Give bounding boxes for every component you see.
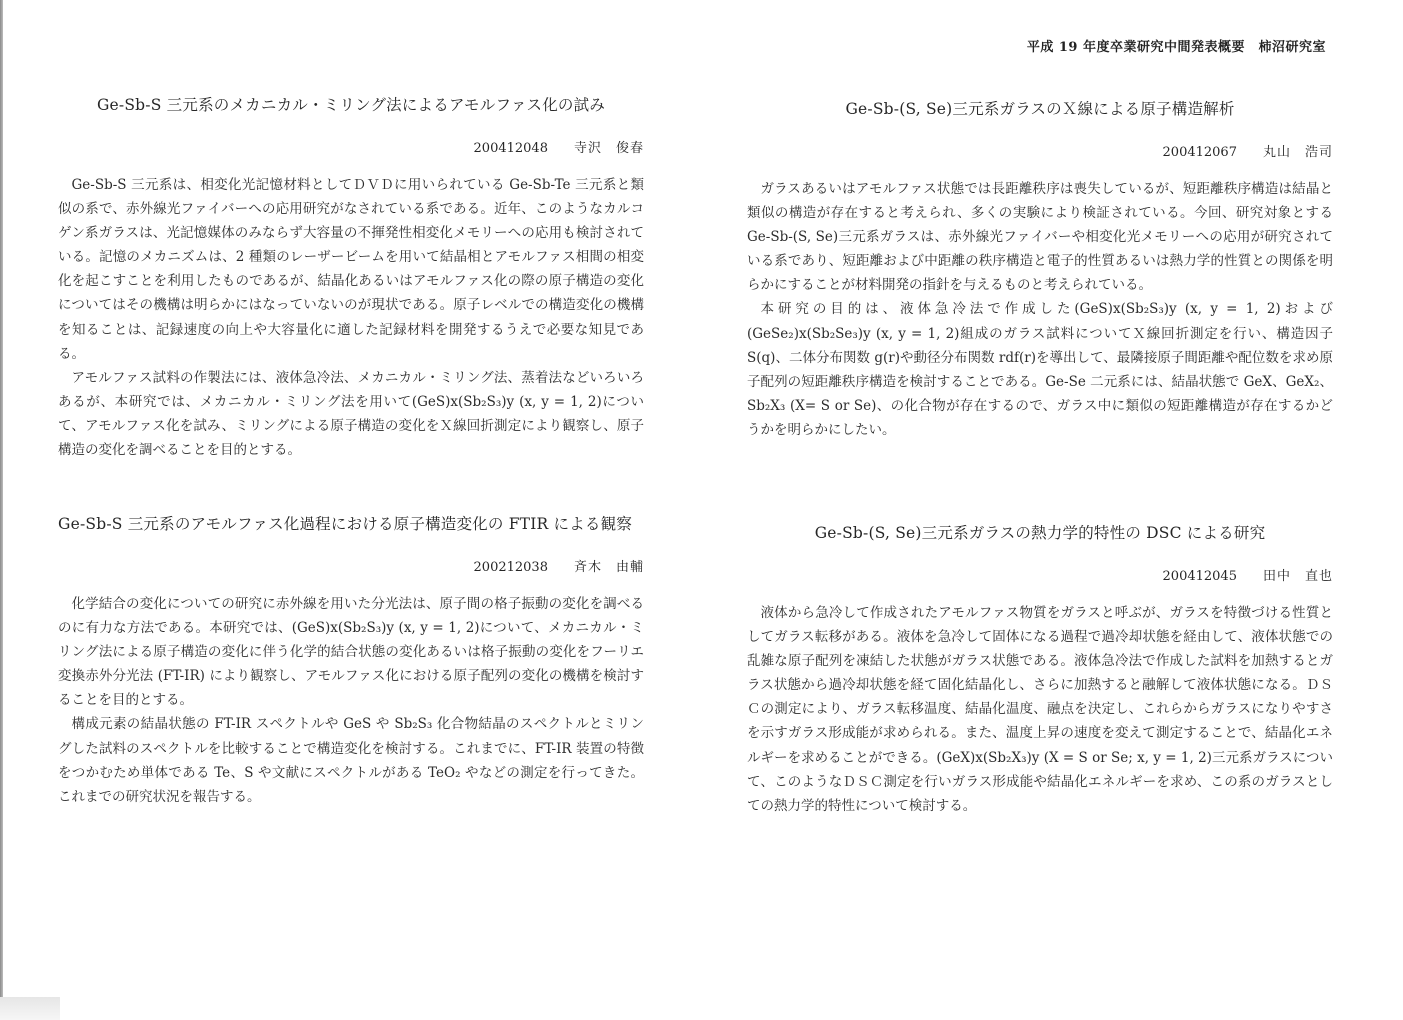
- paragraph: 液体から急冷して作成されたアモルファス物質をガラスと呼ぶが、ガラスを特徴づける性…: [747, 601, 1333, 818]
- student-id: 200412045: [1163, 569, 1237, 584]
- article-ftir: Ge-Sb-S 三元系のアモルファス化過程における原子構造変化の FTIR によ…: [58, 512, 644, 809]
- student-id: 200212038: [474, 560, 548, 575]
- article-body: 液体から急冷して作成されたアモルファス物質をガラスと呼ぶが、ガラスを特徴づける性…: [747, 601, 1333, 818]
- student-id: 200412067: [1163, 145, 1237, 160]
- article-title: Ge-Sb-S 三元系のメカニカル・ミリング法によるアモルファス化の試み: [58, 93, 644, 115]
- scan-edge-bottom: [0, 997, 60, 1020]
- paragraph: Ge-Sb-S 三元系は、相変化光記憶材料としてＤＶＤに用いられている Ge-S…: [58, 173, 644, 366]
- student-id: 200412048: [474, 141, 548, 156]
- paragraph: 化学結合の変化についての研究に赤外線を用いた分光法は、原子間の格子振動の変化を調…: [58, 592, 644, 712]
- scan-edge-left: [0, 0, 3, 997]
- author-name: 田中 直也: [1263, 569, 1333, 584]
- author-name: 寺沢 俊春: [574, 141, 644, 156]
- author-line: 200412045田中 直也: [747, 565, 1333, 584]
- article-body: ガラスあるいはアモルファス状態では長距離秩序は喪失しているが、短距離秩序構造は結…: [747, 177, 1333, 442]
- paragraph: 本研究の目的は、液体急冷法で作成した(GeS)x(Sb₂S₃)y (x, y =…: [747, 297, 1333, 442]
- article-title: Ge-Sb-(S, Se)三元系ガラスのＸ線による原子構造解析: [747, 97, 1333, 119]
- article-body: 化学結合の変化についての研究に赤外線を用いた分光法は、原子間の格子振動の変化を調…: [58, 592, 644, 809]
- author-line: 200412067丸山 浩司: [747, 141, 1333, 160]
- paragraph: 構成元素の結晶状態の FT-IR スペクトルや GeS や Sb₂S₃ 化合物結…: [58, 712, 644, 808]
- article-title: Ge-Sb-S 三元系のアモルファス化過程における原子構造変化の FTIR によ…: [58, 512, 644, 534]
- author-name: 斉木 由輔: [574, 560, 644, 575]
- article-dsc: Ge-Sb-(S, Se)三元系ガラスの熱力学的特性の DSC による研究 20…: [747, 521, 1333, 818]
- author-line: 200412048寺沢 俊春: [58, 137, 644, 156]
- page-header: 平成 19 年度卒業研究中間発表概要 柿沼研究室: [1027, 36, 1326, 55]
- article-body: Ge-Sb-S 三元系は、相変化光記憶材料としてＤＶＤに用いられている Ge-S…: [58, 173, 644, 462]
- author-line: 200212038斉木 由輔: [58, 556, 644, 575]
- article-xray: Ge-Sb-(S, Se)三元系ガラスのＸ線による原子構造解析 20041206…: [747, 97, 1333, 442]
- author-name: 丸山 浩司: [1263, 145, 1333, 160]
- article-title: Ge-Sb-(S, Se)三元系ガラスの熱力学的特性の DSC による研究: [747, 521, 1333, 543]
- article-mechanical-milling: Ge-Sb-S 三元系のメカニカル・ミリング法によるアモルファス化の試み 200…: [58, 93, 644, 462]
- paragraph: ガラスあるいはアモルファス状態では長距離秩序は喪失しているが、短距離秩序構造は結…: [747, 177, 1333, 297]
- paragraph: アモルファス試料の作製法には、液体急冷法、メカニカル・ミリング法、蒸着法などいろ…: [58, 366, 644, 462]
